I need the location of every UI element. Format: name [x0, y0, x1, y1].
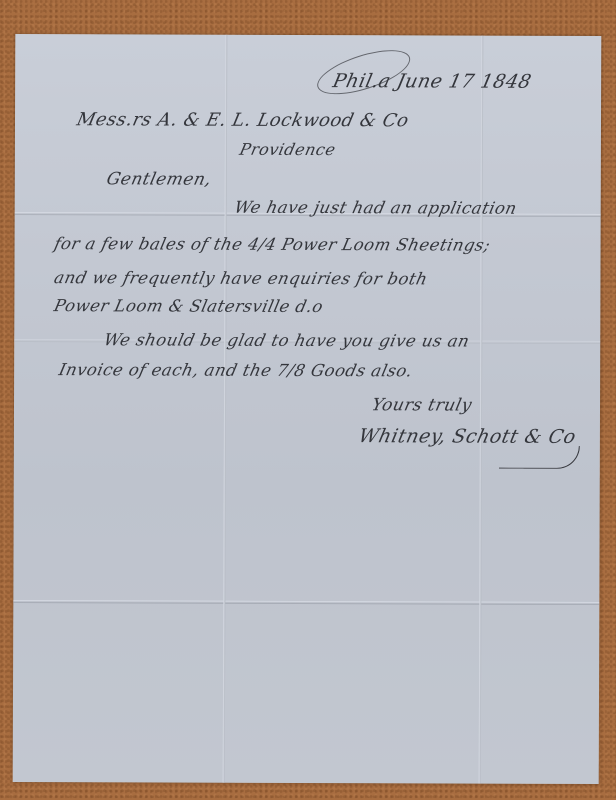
body-line: and we frequently have enquiries for bot… — [52, 268, 429, 288]
signature: Whitney, Schott & Co — [357, 425, 579, 448]
body-line: Power Loom & Slatersville d.o — [52, 296, 325, 316]
fold-line — [223, 35, 228, 783]
fold-line — [13, 600, 599, 605]
recipient-name: Mess.rs A. & E. L. Lockwood & Co — [75, 109, 411, 131]
letter-date: Phil.a June 17 1848 — [331, 70, 534, 93]
body-line: We should be glad to have you give us an — [102, 330, 471, 350]
salutation: Gentlemen, — [105, 169, 214, 189]
recipient-city: Providence — [238, 140, 338, 159]
letter-paper: Phil.a June 17 1848 Mess.rs A. & E. L. L… — [13, 34, 602, 784]
signature-flourish — [499, 446, 580, 469]
fold-line — [479, 36, 484, 784]
body-line: We have just had an application — [233, 198, 519, 218]
body-line: Invoice of each, and the 7/8 Goods also. — [57, 360, 414, 380]
complimentary-close: Yours truly — [370, 395, 474, 415]
body-line: for a few bales of the 4/4 Power Loom Sh… — [53, 234, 493, 255]
